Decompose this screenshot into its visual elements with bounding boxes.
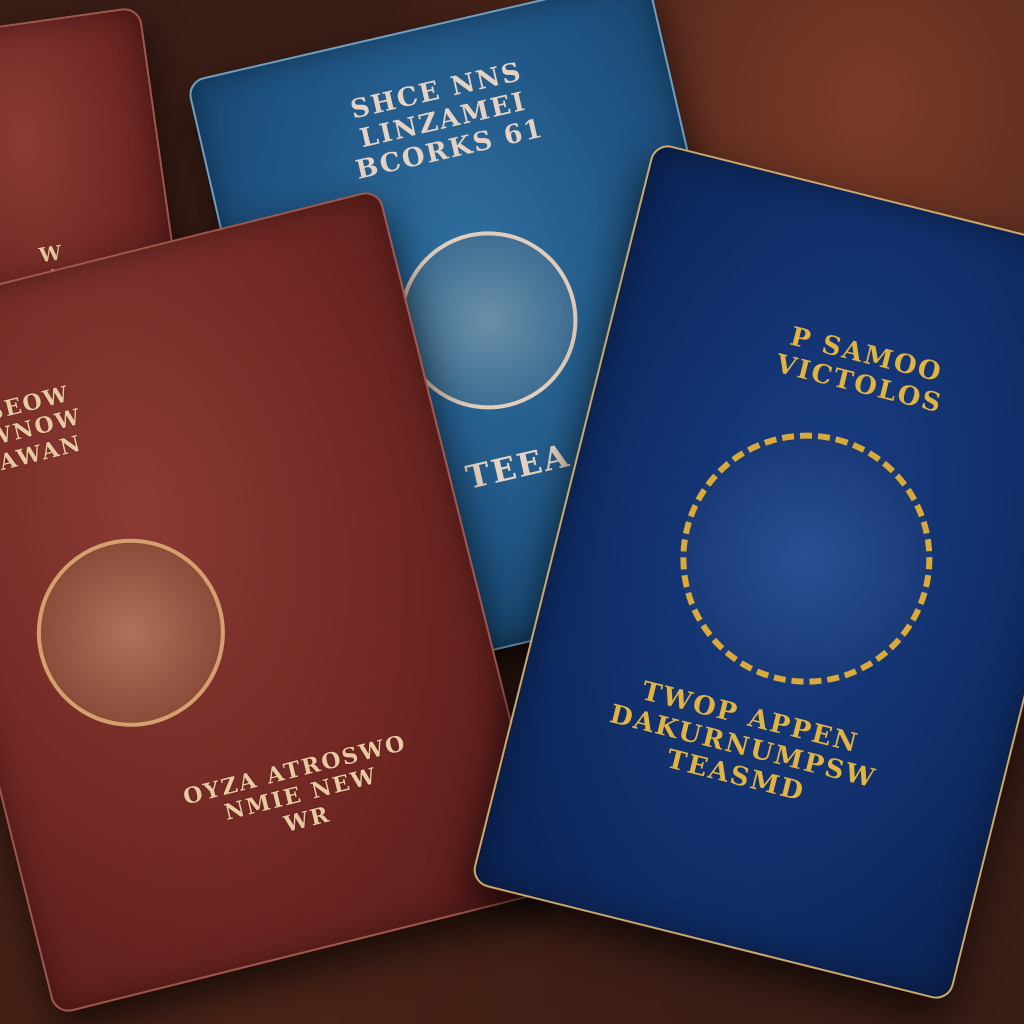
emblem-seal-icon [654,406,959,711]
passport-title: SHCE NNS LINZAMEI BCORKS 61 [268,39,619,203]
passport-title: P SAMOO VICTOLOS [695,302,1024,440]
emblem-seal-icon [17,519,245,747]
passport-title: SEOW WNOW AWAN [0,368,141,490]
passport-footer: OYZA ATROSWO NMIE NEW WR [147,722,456,868]
passport-footer: TWOP APPEN DAKURNUMPSW TEASMD [567,663,919,832]
